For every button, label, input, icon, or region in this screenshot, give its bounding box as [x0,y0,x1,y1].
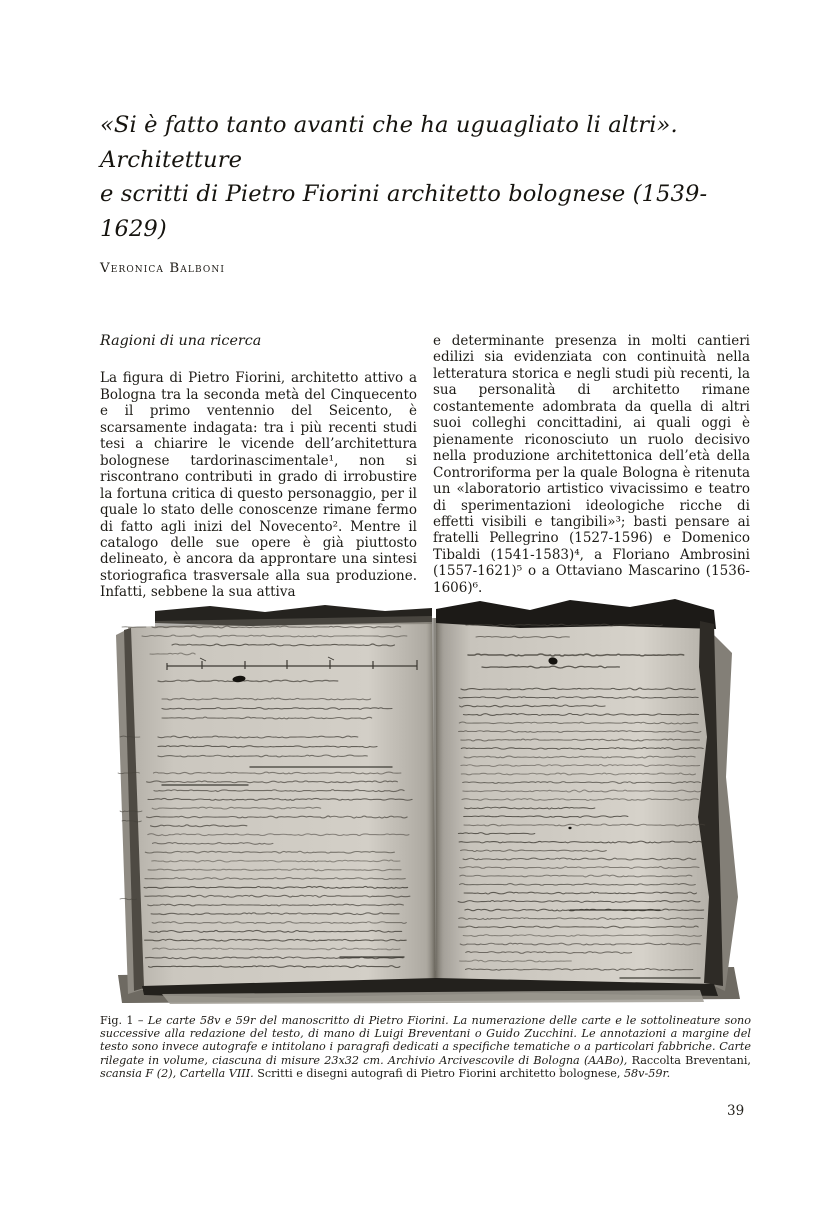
author-name: Veronica Balboni [100,261,752,276]
book-gutter [426,618,444,981]
caption-segment: 58v-59r. [624,1067,670,1080]
section-heading: Ragioni di una ricerca [100,333,417,349]
body-column-right: e determinante presenza in molti cantier… [433,333,750,601]
title-line-2: e scritti di Pietro Fiorini architetto b… [100,181,707,242]
figure-manuscript-photo [100,597,746,1008]
caption-segment: Scritti e disegni autografi di Pietro Fi… [257,1067,624,1080]
article-header: «Si è fatto tanto avanti che ha uguaglia… [100,108,752,276]
title-line-1: «Si è fatto tanto avanti che ha uguaglia… [100,112,678,173]
body-column-left: Ragioni di una ricerca La figura di Piet… [100,333,417,601]
body-columns: Ragioni di una ricerca La figura di Piet… [100,333,750,601]
document-page: «Si è fatto tanto avanti che ha uguaglia… [0,0,827,1205]
caption-segment: Raccolta Breventani, [632,1054,751,1067]
caption-segment: Fig. 1 – [100,1014,148,1027]
left-page [128,618,436,990]
manuscript-photo [100,597,746,1008]
page-title: «Si è fatto tanto avanti che ha uguaglia… [100,108,752,246]
page-number: 39 [727,1103,744,1119]
body-text-left: La figura di Pietro Fiorini, architetto … [100,370,417,600]
figure-caption: Fig. 1 – Le carte 58v e 59r del manoscri… [100,1014,751,1080]
right-page [436,618,723,986]
caption-segment: scansia F (2), Cartella VIII. [100,1067,257,1080]
body-text-right: e determinante presenza in molti cantier… [433,333,750,596]
